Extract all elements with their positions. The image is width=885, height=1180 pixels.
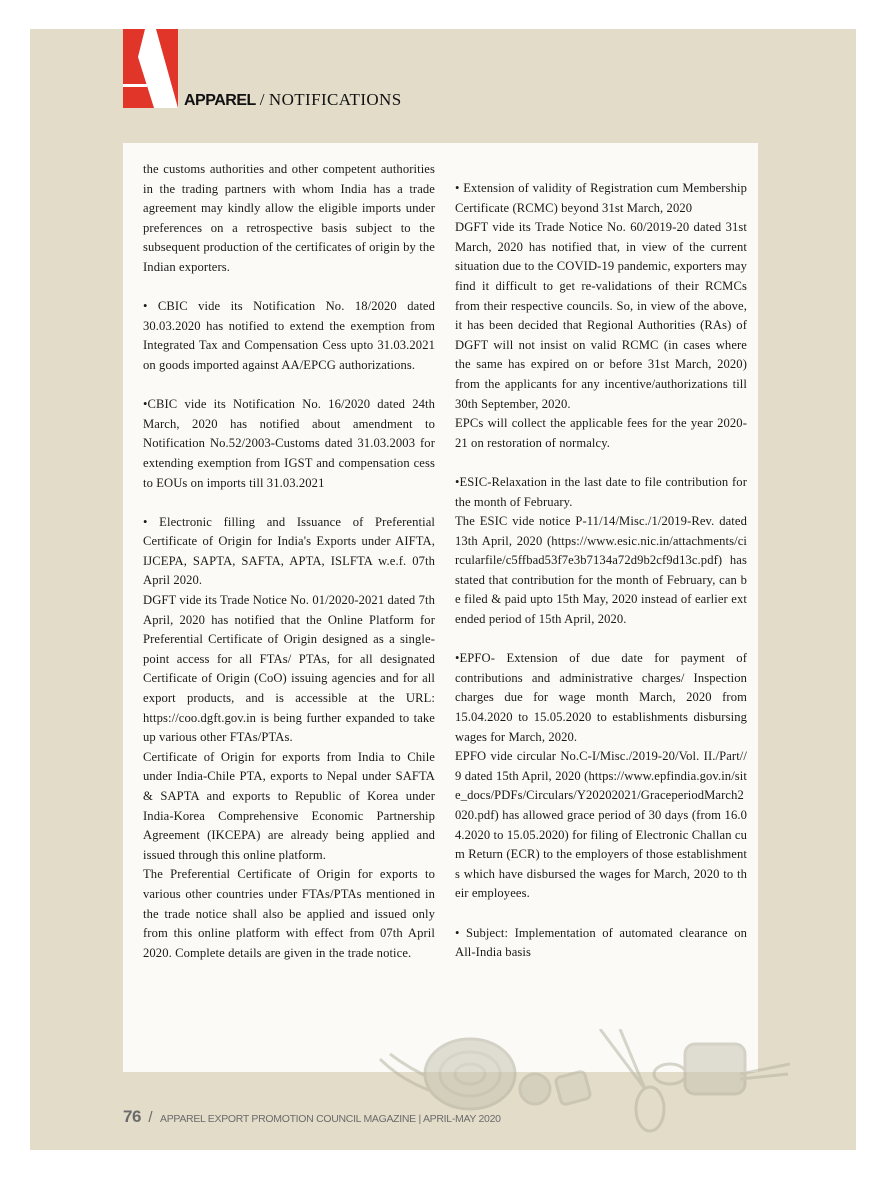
left-column: the customs authorities and other compet… bbox=[143, 160, 435, 963]
paragraph-automated-clearance: • Subject: Implementation of automated c… bbox=[455, 924, 747, 963]
section-brand: APPAREL bbox=[184, 92, 256, 109]
magazine-page: APPAREL / NOTIFICATIONS the customs auth… bbox=[30, 29, 856, 1150]
paragraph-esic-notice: The ESIC vide notice P-11/14/Misc./1/201… bbox=[455, 512, 747, 630]
page-footer: 76 / APPAREL EXPORT PROMOTION COUNCIL MA… bbox=[123, 1107, 501, 1127]
paragraph-cbic-16-2020: •CBIC vide its Notification No. 16/2020 … bbox=[143, 395, 435, 493]
section-name: NOTIFICATIONS bbox=[269, 90, 402, 109]
article-body: the customs authorities and other compet… bbox=[123, 143, 758, 1072]
paragraph-coo-chile-nepal-korea: Certificate of Origin for exports from I… bbox=[143, 748, 435, 866]
paragraph-customs-authorities: the customs authorities and other compet… bbox=[143, 160, 435, 278]
section-title: APPAREL / NOTIFICATIONS bbox=[184, 89, 402, 111]
paragraph-epfo-heading: •EPFO- Extension of due date for payment… bbox=[455, 649, 747, 747]
footer-separator: / bbox=[148, 1109, 152, 1126]
paragraph-epc-fees: EPCs will collect the applicable fees fo… bbox=[455, 414, 747, 453]
paragraph-electronic-coo-heading: • Electronic filling and Issuance of Pre… bbox=[143, 513, 435, 591]
apparel-logo-icon bbox=[123, 29, 178, 108]
paragraph-rcmc-heading: • Extension of validity of Registration … bbox=[455, 179, 747, 218]
section-separator: / bbox=[260, 90, 265, 109]
paragraph-esic-heading: •ESIC-Relaxation in the last date to fil… bbox=[455, 473, 747, 512]
magazine-issue: APPAREL EXPORT PROMOTION COUNCIL MAGAZIN… bbox=[160, 1113, 501, 1125]
paragraph-epfo-circular: EPFO vide circular No.C-I/Misc./2019-20/… bbox=[455, 747, 747, 904]
paragraph-cbic-18-2020: • CBIC vide its Notification No. 18/2020… bbox=[143, 297, 435, 375]
right-column: • Extension of validity of Registration … bbox=[455, 179, 747, 963]
paragraph-dgft-trade-notice-01: DGFT vide its Trade Notice No. 01/2020-2… bbox=[143, 591, 435, 748]
paragraph-dgft-trade-notice-60: DGFT vide its Trade Notice No. 60/2019-2… bbox=[455, 218, 747, 414]
page-number: 76 bbox=[123, 1107, 141, 1126]
paragraph-preferential-coo: The Preferential Certificate of Origin f… bbox=[143, 865, 435, 963]
